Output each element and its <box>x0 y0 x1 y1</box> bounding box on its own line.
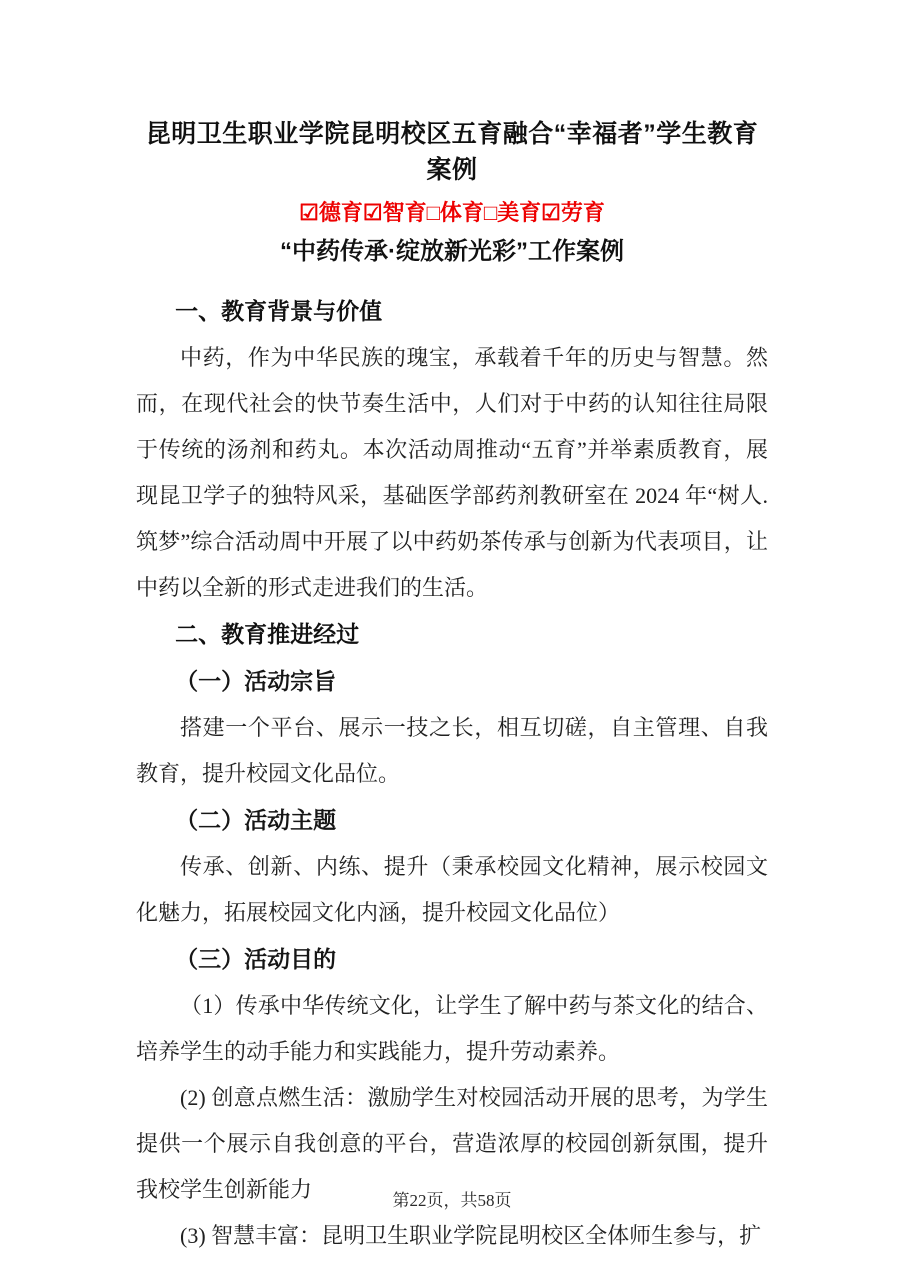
page-number-footer: 第22页，共58页 <box>0 1186 904 1211</box>
paragraph-background-value: 中药，作为中华民族的瑰宝，承载着千年的历史与智慧。然而，在现代社会的快节奏生活中… <box>136 335 768 611</box>
document-page: 昆明卫生职业学院昆明校区五育融合“幸福者”学生教育案例 ☑德育☑智育□体育□美育… <box>0 0 904 1280</box>
subheading-activity-theme: （二）活动主题 <box>136 797 768 844</box>
subheading-activity-goal: （三）活动目的 <box>136 936 768 983</box>
heading-education-background: 一、教育背景与价值 <box>136 288 768 335</box>
subheading-activity-purpose: （一）活动宗旨 <box>136 658 768 705</box>
heading-education-process: 二、教育推进经过 <box>136 611 768 658</box>
paragraph-goal-1: （1）传承中华传统文化，让学生了解中药与茶文化的结合、培养学生的动手能力和实践能… <box>136 983 768 1075</box>
five-education-checkbox-line: ☑德育☑智育□体育□美育☑劳育 <box>136 194 768 232</box>
paragraph-goal-3: (3) 智慧丰富：昆明卫生职业学院昆明校区全体师生参与，扩 <box>136 1213 768 1259</box>
paragraph-activity-purpose: 搭建一个平台、展示一技之长，相互切磋，自主管理、自我教育，提升校园文化品位。 <box>136 705 768 797</box>
paragraph-activity-theme: 传承、创新、内练、提升（秉承校园文化精神，展示校园文化魅力，拓展校园文化内涵，提… <box>136 844 768 936</box>
document-title: 昆明卫生职业学院昆明校区五育融合“幸福者”学生教育案例 <box>136 116 768 188</box>
document-subtitle: “中药传承·绽放新光彩”工作案例 <box>136 232 768 272</box>
